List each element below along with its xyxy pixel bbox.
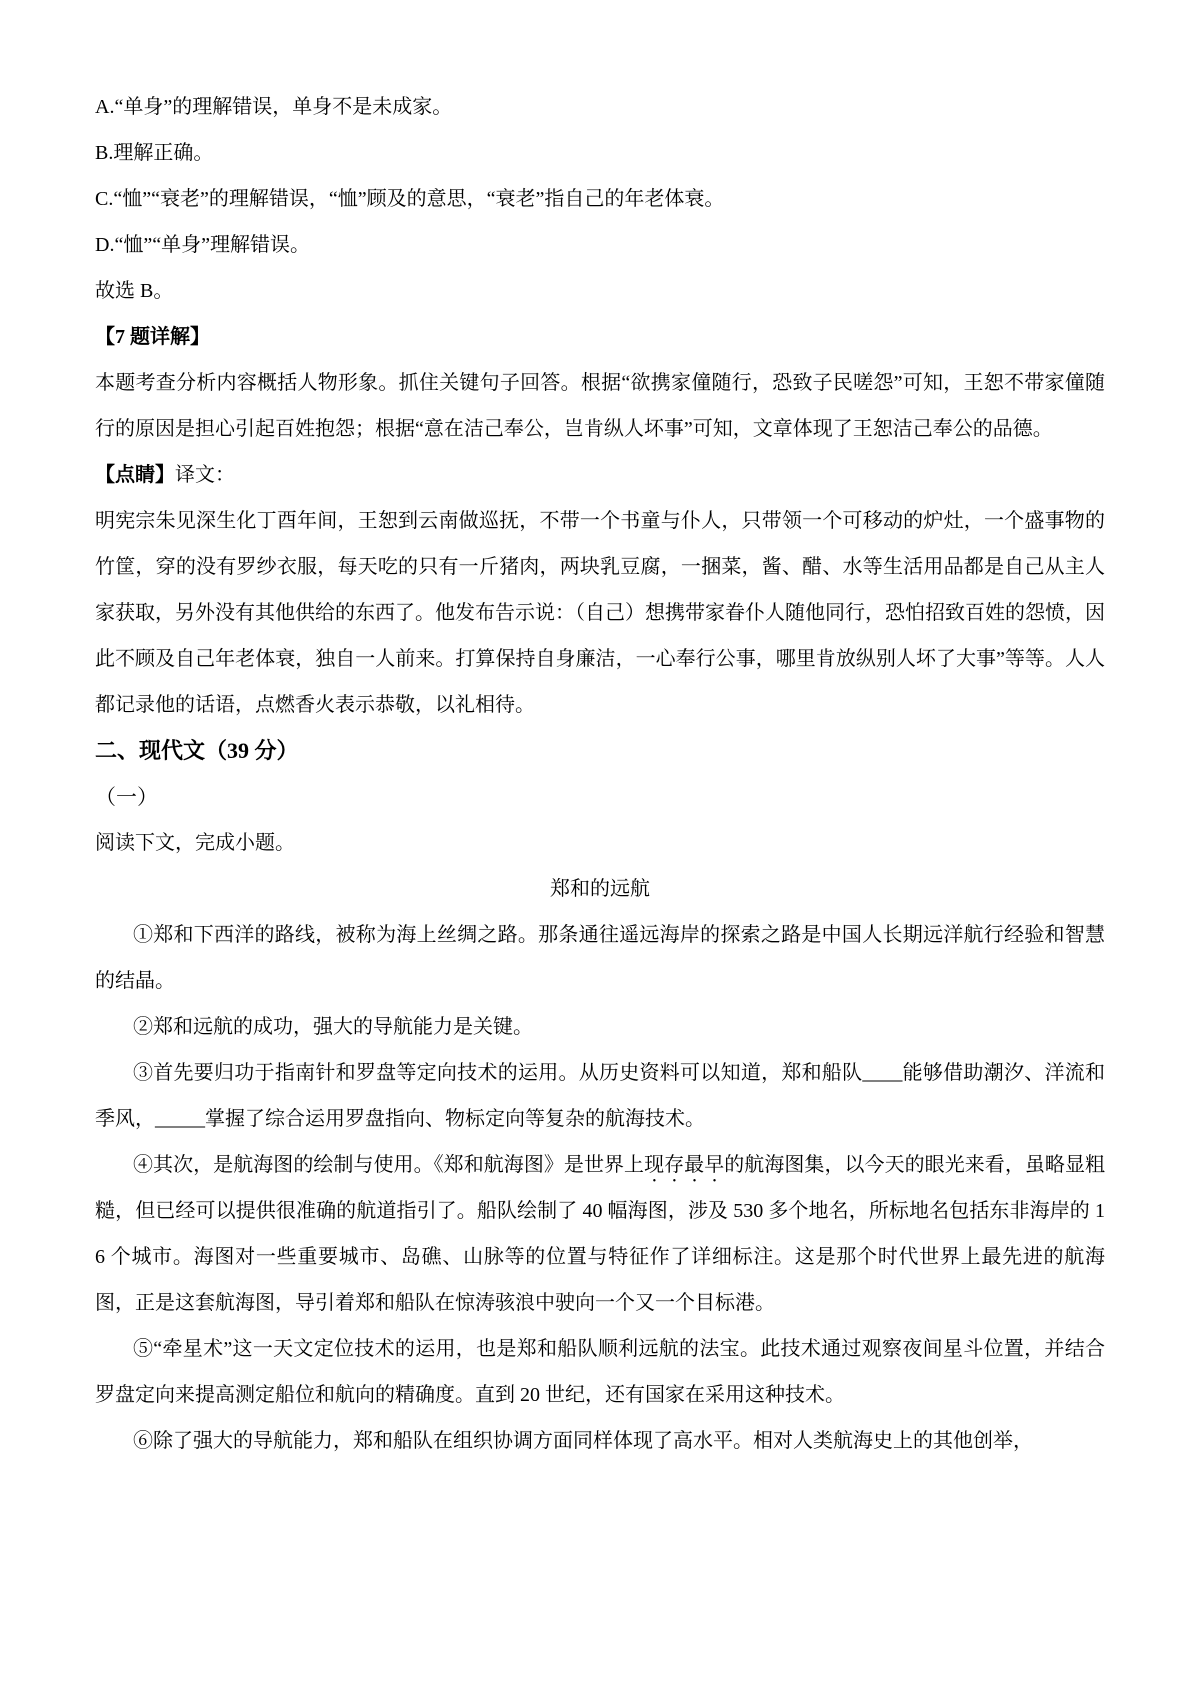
answer-conclusion: 故选 B。 xyxy=(95,268,1105,314)
dianjing-label: 【点睛】 xyxy=(95,464,175,486)
passage-title: 郑和的远航 xyxy=(95,866,1105,912)
passage-paragraph-2: ②郑和远航的成功，强大的导航能力是关键。 xyxy=(95,1004,1105,1050)
passage-paragraph-1: ①郑和下西洋的路线，被称为海上丝绸之路。那条通往遥远海岸的探索之路是中国人长期远… xyxy=(95,912,1105,1004)
passage-paragraph-3: ③首先要归功于指南针和罗盘等定向技术的运用。从历史资料可以知道，郑和船队____… xyxy=(95,1050,1105,1142)
option-c: C.“恤”“衰老”的理解错误，“恤”顾及的意思，“衰老”指自己的年老体衰。 xyxy=(95,176,1105,222)
dianjing-rest: 译文： xyxy=(175,464,235,486)
option-d: D.“恤”“单身”理解错误。 xyxy=(95,222,1105,268)
translation-paragraph: 明宪宗朱见深生化丁酉年间，王恕到云南做巡抚，不带一个书童与仆人，只带领一个可移动… xyxy=(95,498,1105,728)
passage-paragraph-5: ⑤“牵星术”这一天文定位技术的运用，也是郑和船队顺利远航的法宝。此技术通过观察夜… xyxy=(95,1326,1105,1418)
detail-7-header: 【7 题详解】 xyxy=(95,314,1105,360)
passage-paragraph-6: ⑥除了强大的导航能力，郑和船队在组织协调方面同样体现了高水平。相对人类航海史上的… xyxy=(95,1418,1105,1464)
document-page: A.“单身”的理解错误，单身不是未成家。 B.理解正确。 C.“恤”“衰老”的理… xyxy=(0,0,1200,1698)
option-a: A.“单身”的理解错误，单身不是未成家。 xyxy=(95,84,1105,130)
option-b: B.理解正确。 xyxy=(95,130,1105,176)
paragraph-4-emphasized-text: 现存最早 xyxy=(644,1154,724,1176)
passage-paragraph-4: ④其次，是航海图的绘制与使用。《郑和航海图》是世界上现存最早的航海图集，以今天的… xyxy=(95,1142,1105,1326)
part-one-label: （一） xyxy=(95,774,1105,820)
detail-7-body: 本题考查分析内容概括人物形象。抓住关键句子回答。根据“欲携家僮随行，恐致子民嗟怨… xyxy=(95,360,1105,452)
section-two-heading: 二、现代文（39 分） xyxy=(95,728,1105,774)
paragraph-4-text-after: 的航海图集，以今天的眼光来看，虽略显粗糙，但已经可以提供很准确的航道指引了。船队… xyxy=(95,1154,1105,1314)
reading-instruction: 阅读下文，完成小题。 xyxy=(95,820,1105,866)
dianjing-header: 【点睛】译文： xyxy=(95,452,1105,498)
paragraph-4-text-before: ④其次，是航海图的绘制与使用。《郑和航海图》是世界上 xyxy=(133,1154,644,1176)
